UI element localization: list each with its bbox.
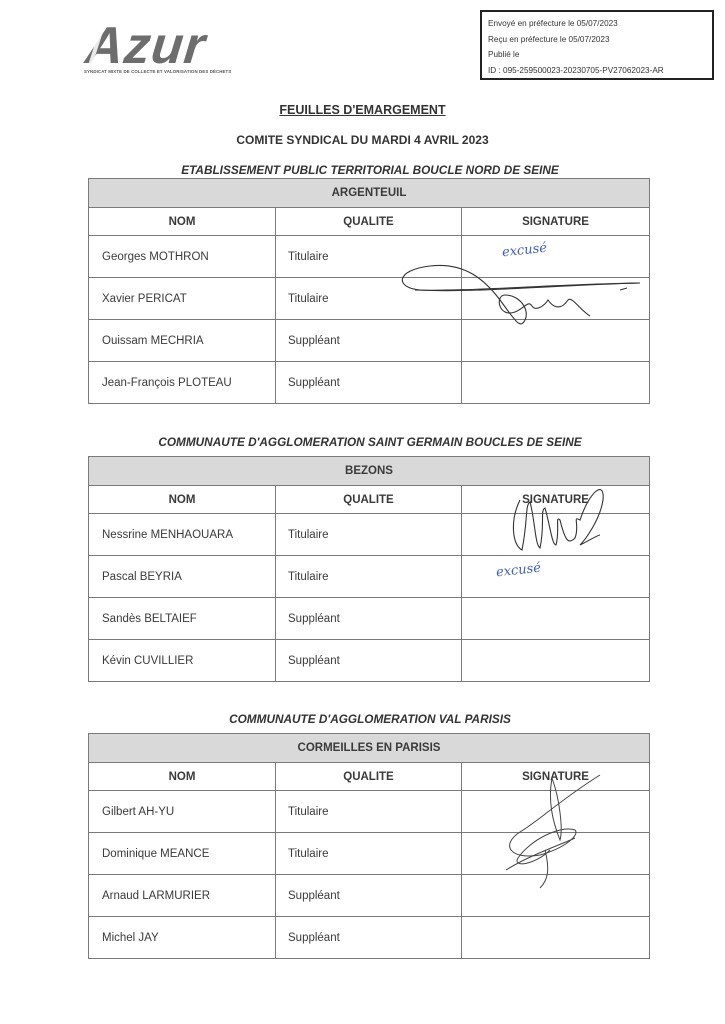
column-header-name: NOM — [89, 763, 276, 791]
member-quality: Suppléant — [276, 875, 462, 917]
member-name: Dominique MEANCE — [89, 833, 276, 875]
signature-cell[interactable] — [462, 917, 650, 959]
table-row: Pascal BEYRIA Titulaire — [89, 556, 650, 598]
stamp-id: ID : 095-259500023-20230705-PV27062023-A… — [488, 63, 706, 79]
member-quality: Titulaire — [276, 556, 462, 598]
member-name: Sandès BELTAIEF — [89, 598, 276, 640]
column-header-signature: SIGNATURE — [462, 486, 650, 514]
signature-cell[interactable] — [462, 875, 650, 917]
commune-header: CORMEILLES EN PARISIS — [89, 734, 650, 763]
meeting-subtitle: COMITE SYNDICAL DU MARDI 4 AVRIL 2023 — [0, 133, 725, 147]
attendance-table: ARGENTEUIL NOM QUALITE SIGNATURE Georges… — [88, 178, 650, 404]
logo-subtitle: SYNDICAT MIXTE DE COLLECTE ET VALORISATI… — [84, 69, 234, 74]
signature-cell[interactable] — [462, 278, 650, 320]
member-quality: Titulaire — [276, 514, 462, 556]
member-name: Georges MOTHRON — [89, 236, 276, 278]
table-row: Kévin CUVILLIER Suppléant — [89, 640, 650, 682]
column-header-name: NOM — [89, 486, 276, 514]
member-quality: Suppléant — [276, 640, 462, 682]
signature-cell[interactable] — [462, 362, 650, 404]
table-row: Jean-François PLOTEAU Suppléant — [89, 362, 650, 404]
column-header-quality: QUALITE — [276, 208, 462, 236]
member-name: Gilbert AH-YU — [89, 791, 276, 833]
member-quality: Suppléant — [276, 917, 462, 959]
member-quality: Suppléant — [276, 598, 462, 640]
signature-cell[interactable] — [462, 320, 650, 362]
signature-cell[interactable] — [462, 833, 650, 875]
table-row: Michel JAY Suppléant — [89, 917, 650, 959]
member-quality: Titulaire — [276, 278, 462, 320]
signature-cell[interactable] — [462, 598, 650, 640]
prefecture-stamp: Envoyé en préfecture le 05/07/2023 Reçu … — [480, 10, 714, 80]
member-name: Arnaud LARMURIER — [89, 875, 276, 917]
table-row: Arnaud LARMURIER Suppléant — [89, 875, 650, 917]
member-name: Kévin CUVILLIER — [89, 640, 276, 682]
section-title: COMMUNAUTE D'AGGLOMERATION VAL PARISIS — [0, 712, 725, 726]
stamp-sent: Envoyé en préfecture le 05/07/2023 — [488, 16, 706, 32]
table-row: Dominique MEANCE Titulaire — [89, 833, 650, 875]
member-quality: Titulaire — [276, 833, 462, 875]
table-row: Nessrine MENHAOUARA Titulaire — [89, 514, 650, 556]
member-name: Jean-François PLOTEAU — [89, 362, 276, 404]
column-header-signature: SIGNATURE — [462, 208, 650, 236]
member-name: Xavier PERICAT — [89, 278, 276, 320]
table-row: Ouissam MECHRIA Suppléant — [89, 320, 650, 362]
column-header-quality: QUALITE — [276, 486, 462, 514]
signature-cell[interactable] — [462, 791, 650, 833]
member-quality: Titulaire — [276, 236, 462, 278]
column-header-quality: QUALITE — [276, 763, 462, 791]
signature-cell[interactable] — [462, 556, 650, 598]
signature-cell[interactable] — [462, 640, 650, 682]
stamp-published: Publié le — [488, 47, 706, 63]
member-name: Ouissam MECHRIA — [89, 320, 276, 362]
member-name: Michel JAY — [89, 917, 276, 959]
commune-header: BEZONS — [89, 457, 650, 486]
table-row: Sandès BELTAIEF Suppléant — [89, 598, 650, 640]
signature-cell[interactable] — [462, 514, 650, 556]
stamp-received: Reçu en préfecture le 05/07/2023 — [488, 32, 706, 48]
column-header-name: NOM — [89, 208, 276, 236]
azur-logo: Azur SYNDICAT MIXTE DE COLLECTE ET VALOR… — [84, 20, 234, 82]
attendance-table: CORMEILLES EN PARISIS NOM QUALITE SIGNAT… — [88, 733, 650, 959]
table-row: Gilbert AH-YU Titulaire — [89, 791, 650, 833]
member-name: Pascal BEYRIA — [89, 556, 276, 598]
document-title: FEUILLES D'EMARGEMENT — [0, 103, 725, 117]
section-title: ETABLISSEMENT PUBLIC TERRITORIAL BOUCLE … — [0, 163, 725, 177]
attendance-table: BEZONS NOM QUALITE SIGNATURE Nessrine ME… — [88, 456, 650, 682]
member-quality: Suppléant — [276, 320, 462, 362]
member-quality: Titulaire — [276, 791, 462, 833]
table-row: Georges MOTHRON Titulaire — [89, 236, 650, 278]
commune-header: ARGENTEUIL — [89, 179, 650, 208]
member-name: Nessrine MENHAOUARA — [89, 514, 276, 556]
signature-cell[interactable] — [462, 236, 650, 278]
table-row: Xavier PERICAT Titulaire — [89, 278, 650, 320]
section-title: COMMUNAUTE D'AGGLOMERATION SAINT GERMAIN… — [0, 435, 725, 449]
member-quality: Suppléant — [276, 362, 462, 404]
column-header-signature: SIGNATURE — [462, 763, 650, 791]
